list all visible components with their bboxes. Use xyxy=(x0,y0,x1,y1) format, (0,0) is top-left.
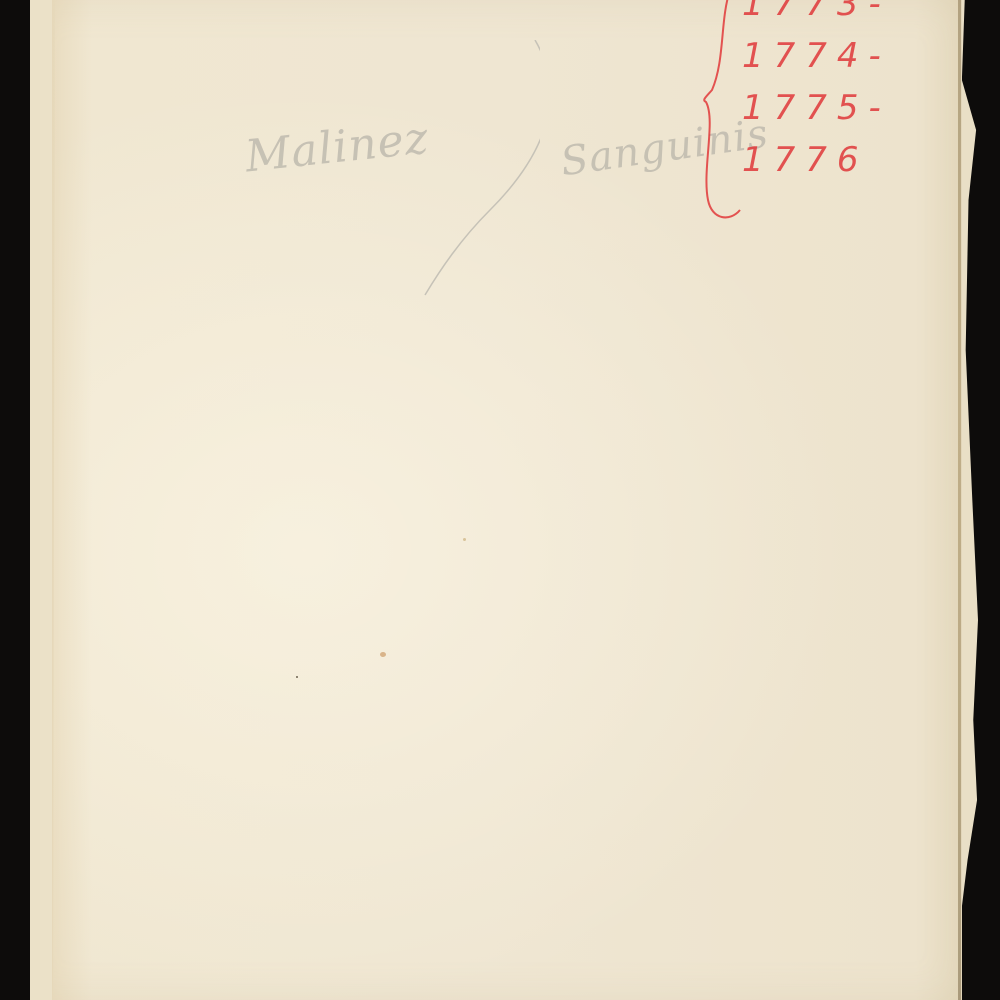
foxing-spot xyxy=(380,652,386,657)
page-fold-line xyxy=(958,0,961,1000)
red-year-1773: 1773- xyxy=(742,0,891,30)
page-left-edge-shading xyxy=(52,0,92,1000)
red-year-list: 1773- 1774- 1775- 1776 xyxy=(742,0,891,186)
ink-speck xyxy=(296,676,298,678)
pencil-brace-icon xyxy=(420,40,540,300)
red-year-1776: 1776 xyxy=(742,134,891,186)
red-year-1775: 1775- xyxy=(742,82,891,134)
foxing-spot xyxy=(463,538,466,541)
red-year-1774: 1774- xyxy=(742,30,891,82)
document-scan: Malinez Sanguinis 1773- 1774- 1775- 1776 xyxy=(0,0,1000,1000)
